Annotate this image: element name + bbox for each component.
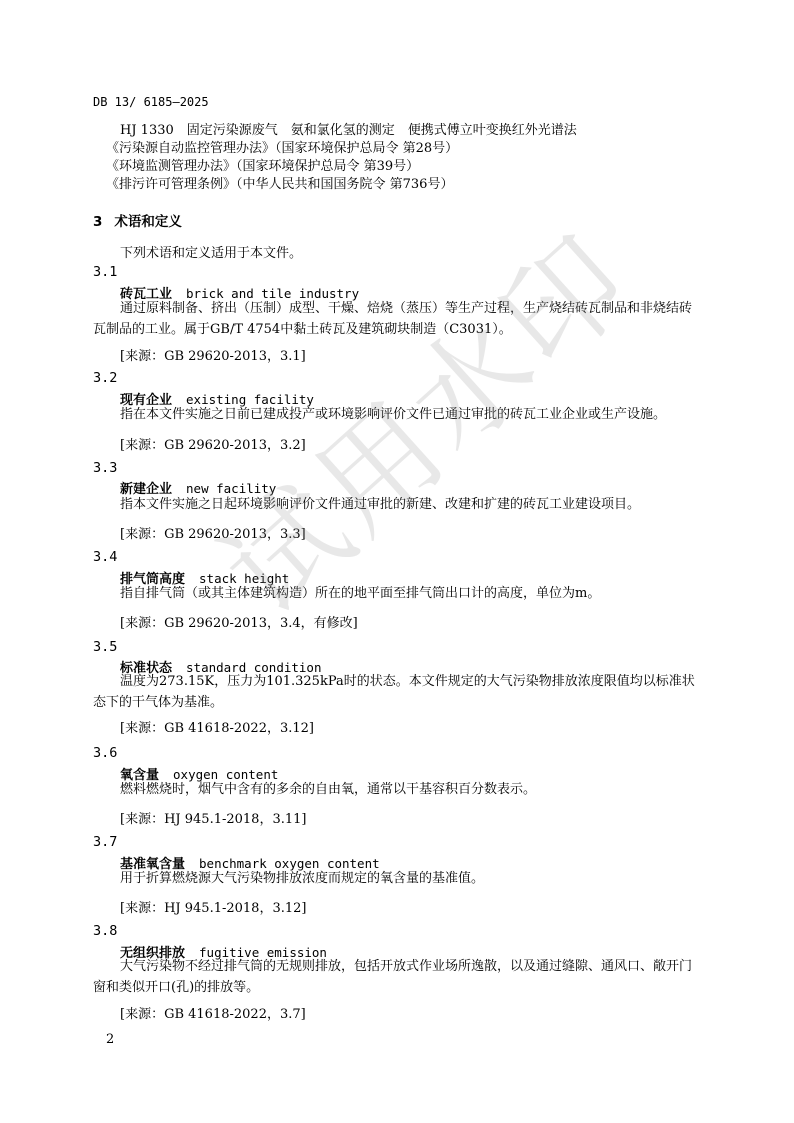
section-number: 3: [93, 214, 102, 230]
reference-item: 《排污许可管理条例》（中华人民共和国国务院令 第736号）: [106, 176, 453, 193]
page-number: 2: [106, 1032, 114, 1047]
term-number: 3.8: [93, 923, 117, 939]
term-definition: 温度为273.15K，压力为101.325kPa时的状态。本文件规定的大气污染物…: [93, 671, 703, 713]
term-source: [来源：GB 29620-2013，3.2]: [120, 434, 306, 453]
term-definition: 指自排气筒（或其主体建筑构造）所在的地平面至排气筒出口计的高度，单位为m。: [120, 584, 600, 603]
reference-item: HJ 1330 固定污染源废气 氨和氯化氢的测定 便携式傅立叶变换红外光谱法: [120, 122, 577, 139]
section-intro: 下列术语和定义适用于本文件。: [120, 244, 302, 263]
section-heading: 3术语和定义: [93, 210, 182, 230]
document-id: DB 13/ 6185—2025: [93, 95, 209, 109]
term-source: [来源：GB 41618-2022，3.7]: [120, 1003, 306, 1022]
term-source: [来源：GB 29620-2013，3.3]: [120, 523, 306, 542]
term-number: 3.5: [93, 639, 117, 655]
reference-item: 《污染源自动监控管理办法》（国家环境保护总局令 第28号）: [106, 140, 458, 157]
term-en: new facility: [186, 481, 276, 496]
term-definition: 通过原料制备、挤出（压制）成型、干燥、焙烧（蒸压）等生产过程，生产烧结砖瓦制品和…: [93, 298, 703, 340]
term-definition: 大气污染物不经过排气筒的无规则排放，包括开放式作业场所逸散，以及通过缝隙、通风口…: [93, 956, 703, 998]
term-source: [来源：HJ 945.1-2018，3.12]: [120, 897, 306, 916]
term-number: 3.3: [93, 460, 117, 476]
term-number: 3.4: [93, 549, 117, 565]
reference-item: 《环境监测管理办法》（国家环境保护总局令 第39号）: [106, 158, 419, 175]
term-definition: 用于折算燃烧源大气污染物排放浓度而规定的氧含量的基准值。: [120, 869, 484, 888]
term-definition: 指在本文件实施之日前已建成投产或环境影响评价文件已通过审批的砖瓦工业企业或生产设…: [120, 405, 666, 424]
term-definition: 指本文件实施之日起环境影响评价文件通过审批的新建、改建和扩建的砖瓦工业建设项目。: [120, 495, 640, 514]
section-title: 术语和定义: [114, 214, 182, 230]
term-number: 3.1: [93, 264, 117, 280]
term-source: [来源：GB 41618-2022，3.12]: [120, 717, 314, 736]
term-source: [来源：GB 29620-2013，3.4，有修改]: [120, 612, 358, 631]
term-number: 3.6: [93, 745, 117, 761]
term-definition: 燃料燃烧时，烟气中含有的多余的自由氧，通常以干基容积百分数表示。: [120, 780, 536, 799]
term-number: 3.7: [93, 834, 117, 850]
term-source: [来源：HJ 945.1-2018，3.11]: [120, 808, 306, 827]
term-number: 3.2: [93, 370, 117, 386]
term-source: [来源：GB 29620-2013，3.1]: [120, 345, 306, 364]
